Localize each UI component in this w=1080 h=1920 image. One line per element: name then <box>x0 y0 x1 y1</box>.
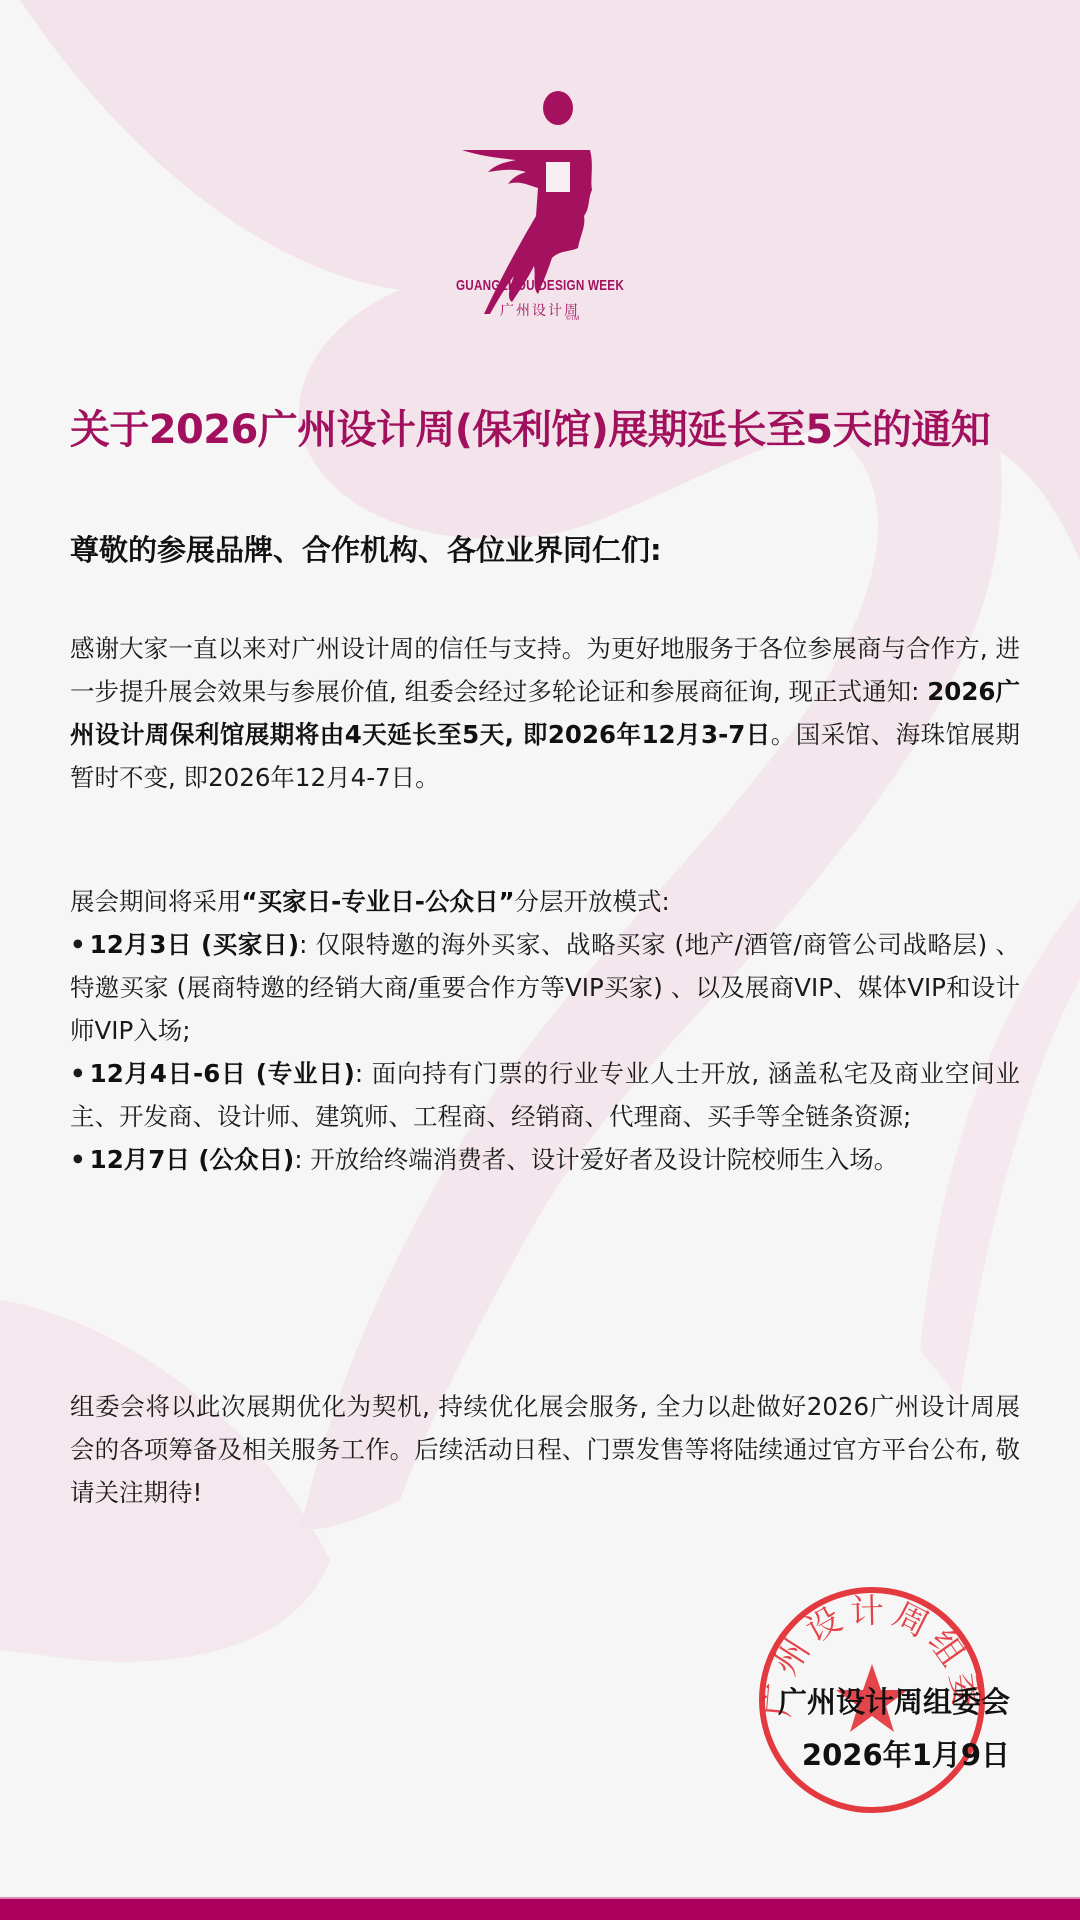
paragraph-text: 感谢大家一直以来对广州设计周的信任与支持。为更好地服务于各位参展商与合作方, 进… <box>70 634 1020 706</box>
list-item: •12月3日 (买家日): 仅限特邀的海外买家、战略买家 (地产/酒管/商管公司… <box>70 923 1020 1052</box>
signature-date: 2026年1月9日 <box>802 1733 1010 1774</box>
intro-text: 展会期间将采用 <box>70 887 242 916</box>
list-item-label: 12月3日 (买家日) <box>90 930 299 959</box>
bottom-brand-bar <box>0 1897 1080 1920</box>
bullet-icon: • <box>70 1059 86 1088</box>
signature-organization: 广州设计周组委会 <box>778 1680 1010 1721</box>
notice-title: 关于2026广州设计周(保利馆)展期延长至5天的通知 <box>70 398 1030 455</box>
list-item-text: : 开放给终端消费者、设计爱好者及设计院校师生入场。 <box>294 1145 898 1174</box>
paragraph-schedule: 展会期间将采用“买家日-专业日-公众日”分层开放模式: •12月3日 (买家日)… <box>70 880 1020 1181</box>
list-item-label: 12月7日 (公众日) <box>90 1145 295 1174</box>
paragraph-announcement: 感谢大家一直以来对广州设计周的信任与支持。为更好地服务于各位参展商与合作方, 进… <box>70 627 1020 799</box>
intro-highlight: “买家日-专业日-公众日” <box>242 887 515 916</box>
logo-name-en: GUANGZHOU DESIGN WEEK <box>119 277 961 294</box>
list-item: •12月4日-6日 (专业日): 面向持有门票的行业专业人士开放, 涵盖私宅及商… <box>70 1052 1020 1138</box>
logo-name-cn: 广州设计周 <box>0 300 1080 320</box>
bullet-icon: • <box>70 930 86 959</box>
bullet-icon: • <box>70 1145 86 1174</box>
notice-page: ©TM GUANGZHOU DESIGN WEEK 广州设计周 关于2026广州… <box>0 0 1080 1920</box>
list-item-label: 12月4日-6日 (专业日) <box>90 1059 355 1088</box>
paragraph-closing: 组委会将以此次展期优化为契机, 持续优化展会服务, 全力以赴做好2026广州设计… <box>70 1385 1020 1514</box>
greeting: 尊敬的参展品牌、合作机构、各位业界同仁们: <box>70 528 662 569</box>
schedule-intro: 展会期间将采用“买家日-专业日-公众日”分层开放模式: <box>70 880 1020 923</box>
list-item: •12月7日 (公众日): 开放给终端消费者、设计爱好者及设计院校师生入场。 <box>70 1138 1020 1181</box>
intro-text: 分层开放模式: <box>515 887 670 916</box>
